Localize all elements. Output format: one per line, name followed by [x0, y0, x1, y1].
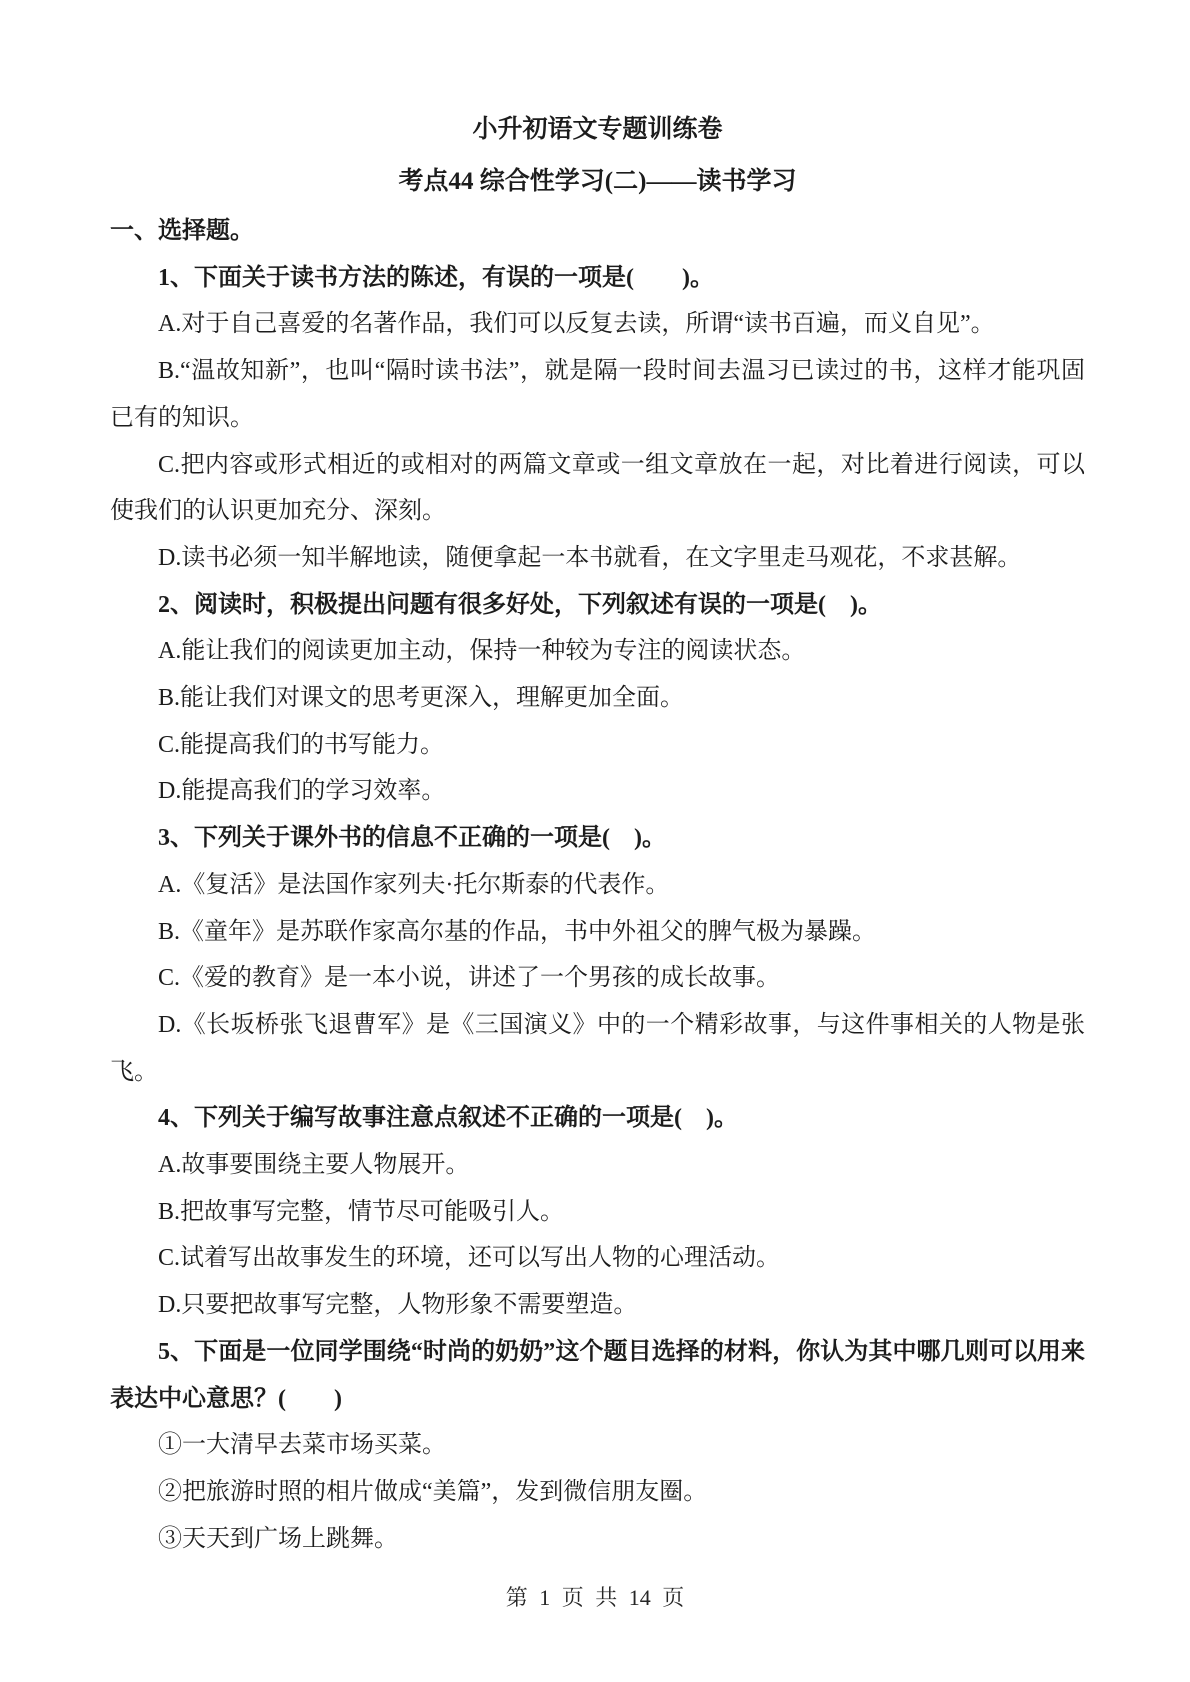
question-2-option-c: C.能提高我们的书写能力。: [110, 722, 1085, 769]
question-3-option-a: A.《复活》是法国作家列夫·托尔斯泰的代表作。: [110, 862, 1085, 909]
question-1-option-d: D.读书必须一知半解地读，随便拿起一本书就看，在文字里走马观花，不求甚解。: [110, 535, 1085, 582]
question-3-option-b: B.《童年》是苏联作家高尔基的作品，书中外祖父的脾气极为暴躁。: [110, 909, 1085, 956]
question-2-option-d: D.能提高我们的学习效率。: [110, 768, 1085, 815]
question-5-item-3: ③天天到广场上跳舞。: [110, 1516, 1085, 1563]
question-4-option-a: A.故事要围绕主要人物展开。: [110, 1142, 1085, 1189]
question-1-option-a: A.对于自己喜爱的名著作品，我们可以反复去读，所谓“读书百遍，而义自见”。: [110, 301, 1085, 348]
page-number: 第 1 页 共 14 页: [0, 1576, 1190, 1620]
question-5-stem: 5、下面是一位同学围绕“时尚的奶奶”这个题目选择的材料，你认为其中哪几则可以用来…: [110, 1329, 1085, 1422]
question-5-item-1: ①一大清早去菜市场买菜。: [110, 1422, 1085, 1469]
document-content: 小升初语文专题训练卷 考点44 综合性学习(二)——读书学习 一、选择题。 1、…: [0, 0, 1190, 1562]
question-2-option-a: A.能让我们的阅读更加主动，保持一种较为专注的阅读状态。: [110, 628, 1085, 675]
question-4-option-b: B.把故事写完整，情节尽可能吸引人。: [110, 1189, 1085, 1236]
question-2-option-b: B.能让我们对课文的思考更深入，理解更加全面。: [110, 675, 1085, 722]
question-3-stem: 3、下列关于课外书的信息不正确的一项是( )。: [110, 815, 1085, 862]
section-heading: 一、选择题。: [110, 208, 1085, 255]
question-2-stem: 2、阅读时，积极提出问题有很多好处，下列叙述有误的一项是( )。: [110, 582, 1085, 629]
question-4-option-c: C.试着写出故事发生的环境，还可以写出人物的心理活动。: [110, 1235, 1085, 1282]
doc-title: 小升初语文专题训练卷: [110, 104, 1085, 156]
question-4-option-d: D.只要把故事写完整，人物形象不需要塑造。: [110, 1282, 1085, 1329]
question-3-option-d: D.《长坂桥张飞退曹军》是《三国演义》中的一个精彩故事，与这件事相关的人物是张飞…: [110, 1002, 1085, 1095]
question-list: 一、选择题。 1、下面关于读书方法的陈述，有误的一项是( )。 A.对于自己喜爱…: [110, 208, 1085, 1562]
question-1-option-b: B.“温故知新”，也叫“隔时读书法”，就是隔一段时间去温习已读过的书，这样才能巩…: [110, 348, 1085, 441]
doc-subtitle: 考点44 综合性学习(二)——读书学习: [110, 156, 1085, 208]
question-1-option-c: C.把内容或形式相近的或相对的两篇文章或一组文章放在一起，对比着进行阅读，可以使…: [110, 442, 1085, 535]
question-4-stem: 4、下列关于编写故事注意点叙述不正确的一项是( )。: [110, 1095, 1085, 1142]
question-5-item-2: ②把旅游时照的相片做成“美篇”，发到微信朋友圈。: [110, 1469, 1085, 1516]
question-1-stem: 1、下面关于读书方法的陈述，有误的一项是( )。: [110, 255, 1085, 302]
document-page: 小升初语文专题训练卷 考点44 综合性学习(二)——读书学习 一、选择题。 1、…: [0, 0, 1190, 1682]
question-3-option-c: C.《爱的教育》是一本小说，讲述了一个男孩的成长故事。: [110, 955, 1085, 1002]
